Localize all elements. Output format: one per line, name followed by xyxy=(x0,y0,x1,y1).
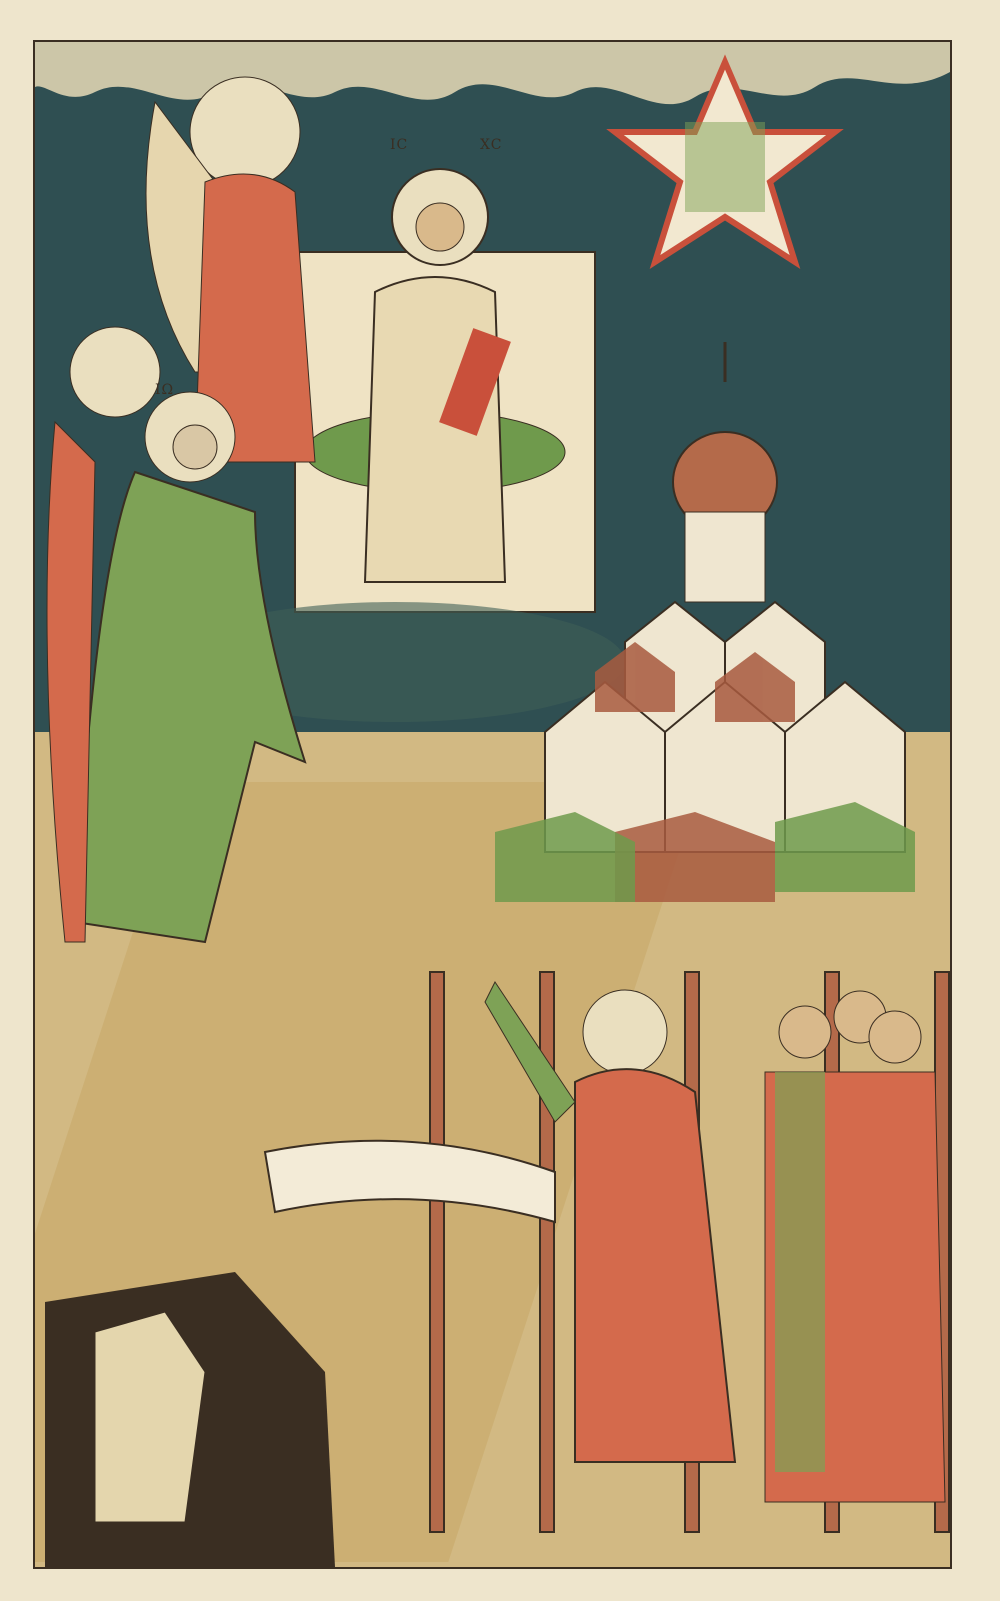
angel-with-scroll xyxy=(265,982,735,1462)
christ-monogram-left: IC xyxy=(390,137,408,153)
group-of-figures xyxy=(765,991,945,1502)
saint-label: IΩ xyxy=(155,382,174,398)
christ-monogram-right: XC xyxy=(480,137,502,153)
ruined-tomb xyxy=(45,1272,335,1567)
clouds xyxy=(35,42,950,104)
manuscript-page: IC XC IΩ xyxy=(0,0,1000,1601)
illumination-frame: IC XC IΩ xyxy=(33,40,952,1569)
illumination-drawing xyxy=(35,42,950,1567)
